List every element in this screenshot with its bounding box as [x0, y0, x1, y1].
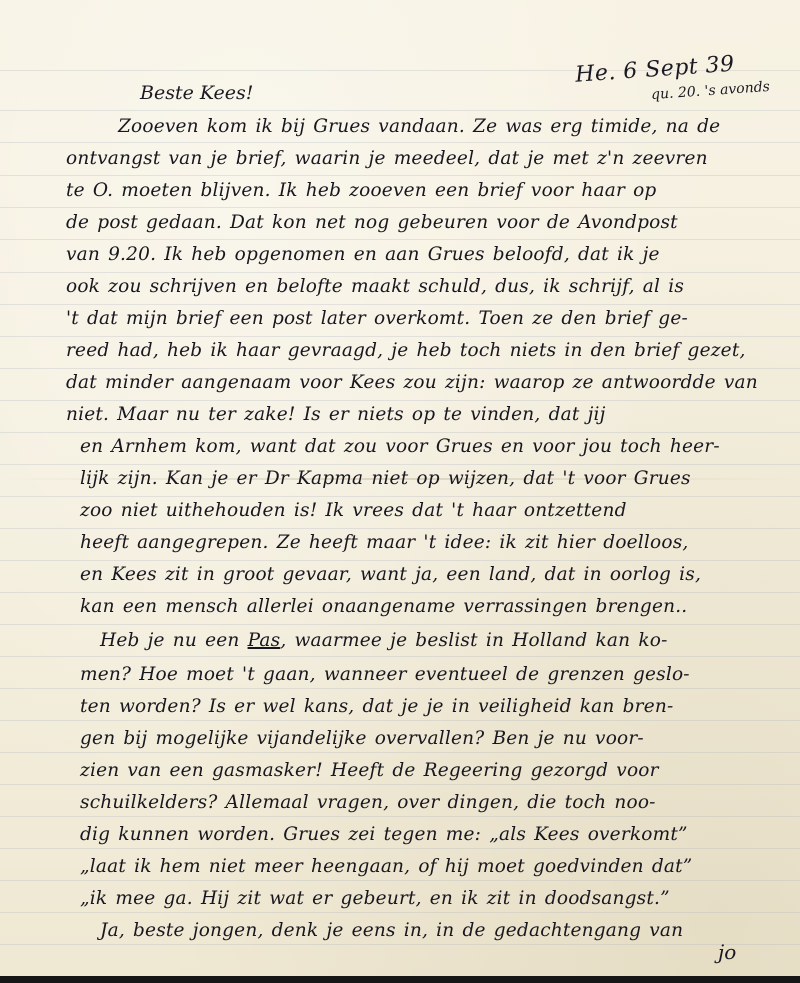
body-line-text: , waarmee je beslist in Holland kan ko-: [280, 630, 667, 651]
salutation: Beste Kees!: [140, 82, 253, 104]
ruled-line: [0, 720, 800, 721]
ruled-line: [0, 110, 800, 111]
signoff: jo: [718, 940, 736, 964]
scan-border: [0, 976, 800, 983]
body-line: „laat ik hem niet meer heengaan, of hij …: [80, 856, 692, 877]
body-line: dat minder aangenaam voor Kees zou zijn:…: [66, 372, 758, 393]
body-line: zoo niet uithehouden is! Ik vrees dat 't…: [80, 500, 627, 521]
body-line: en Arnhem kom, want dat zou voor Grues e…: [80, 436, 720, 457]
ruled-line: [0, 207, 800, 208]
body-line: en Kees zit in groot gevaar, want ja, ee…: [80, 564, 701, 585]
body-line: ten worden? Is er wel kans, dat je je in…: [80, 696, 673, 717]
ruled-line: [0, 560, 800, 561]
body-line-text: Heb je nu een: [100, 630, 248, 651]
body-line: men? Hoe moet 't gaan, wanneer eventueel…: [80, 664, 690, 685]
ruled-line: [0, 368, 800, 369]
body-line: dig kunnen worden. Grues zei tegen me: „…: [80, 824, 688, 845]
ruled-line: [0, 142, 800, 143]
ruled-line: [0, 848, 800, 849]
ruled-line: [0, 816, 800, 817]
body-line: zien van een gasmasker! Heeft de Regeeri…: [80, 760, 659, 781]
ruled-line: [0, 656, 800, 657]
body-line: ontvangst van je brief, waarin je meedee…: [66, 148, 708, 169]
ruled-line: [0, 624, 800, 625]
body-line: ook zou schrijven en belofte maakt schul…: [66, 276, 684, 297]
body-line: niet. Maar nu ter zake! Is er niets op t…: [66, 404, 606, 425]
body-line: reed had, heb ik haar gevraagd, je heb t…: [66, 340, 746, 361]
ruled-line: [0, 239, 800, 240]
letter-header: He. 6 Sept 39 qu. 20. 's avonds: [575, 56, 770, 99]
ruled-line: [0, 912, 800, 913]
ruled-line: [0, 752, 800, 753]
ruled-line: [0, 688, 800, 689]
body-line: schuilkelders? Allemaal vragen, over din…: [80, 792, 656, 813]
body-line: 't dat mijn brief een post later overkom…: [66, 308, 688, 329]
letter-paper: He. 6 Sept 39 qu. 20. 's avonds Beste Ke…: [0, 0, 800, 976]
ruled-line: [0, 400, 800, 401]
ruled-line: [0, 496, 800, 497]
ruled-line: [0, 175, 800, 176]
body-line: Ja, beste jongen, denk je eens in, in de…: [100, 920, 683, 941]
ruled-line: [0, 336, 800, 337]
body-line: Zooeven kom ik bij Grues vandaan. Ze was…: [118, 116, 720, 137]
body-line: lijk zijn. Kan je er Dr Kapma niet op wi…: [80, 468, 691, 489]
underlined-word-pas: Pas: [248, 630, 281, 651]
ruled-line: [0, 464, 800, 465]
body-line: gen bij mogelijke vijandelijke overvalle…: [80, 728, 644, 749]
ruled-line: [0, 432, 800, 433]
body-line: heeft aangegrepen. Ze heeft maar 't idee…: [80, 532, 689, 553]
body-line: de post gedaan. Dat kon net nog gebeuren…: [66, 212, 678, 233]
ruled-line: [0, 528, 800, 529]
body-line: kan een mensch allerlei onaangename verr…: [80, 596, 687, 617]
body-line: van 9.20. Ik heb opgenomen en aan Grues …: [66, 244, 660, 265]
body-line: „ik mee ga. Hij zit wat er gebeurt, en i…: [80, 888, 670, 909]
ruled-line: [0, 784, 800, 785]
ruled-line: [0, 944, 800, 945]
ruled-line: [0, 272, 800, 273]
body-line: te O. moeten blijven. Ik heb zooeven een…: [66, 180, 656, 201]
ruled-line: [0, 880, 800, 881]
body-line: Heb je nu een Pas, waarmee je beslist in…: [100, 630, 668, 651]
ruled-line: [0, 304, 800, 305]
time-of-writing: qu. 20. 's avonds: [651, 79, 771, 103]
ruled-line: [0, 592, 800, 593]
